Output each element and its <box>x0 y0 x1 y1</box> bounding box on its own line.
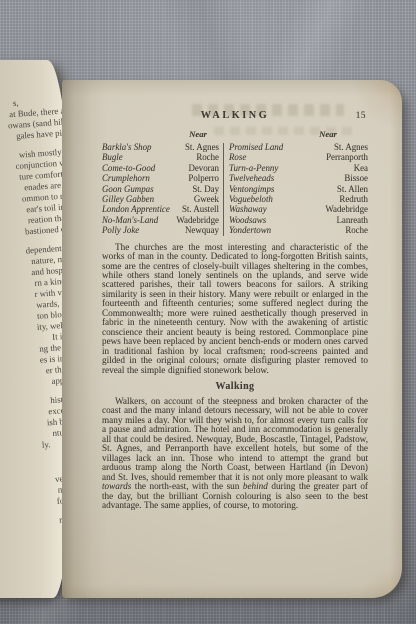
place-name: Bugle <box>102 152 123 162</box>
right-page: WALKING 15 Near Near Barkla's ShopSt. Ag… <box>62 80 402 598</box>
running-header: WALKING <box>102 110 368 121</box>
page-header-row: WALKING 15 <box>102 110 368 123</box>
place-name: No-Man's-Land <box>102 215 158 225</box>
gazetteer-entry: TwelveheadsBissoe <box>229 173 368 183</box>
gazetteer-entry: Gilley GabbenGweek <box>102 194 219 204</box>
gazetteer-entry: WoodsawsLanreath <box>229 215 368 225</box>
near-town: Wadebridge <box>325 204 368 214</box>
right-page-content: WALKING 15 Near Near Barkla's ShopSt. Ag… <box>102 80 368 510</box>
page-number: 15 <box>356 111 366 121</box>
place-name: Come-to-Good <box>102 163 155 173</box>
near-town: Roche <box>345 225 368 235</box>
gazetteer-entry: Come-to-GoodDevoran <box>102 163 219 173</box>
near-town: Redruth <box>339 194 368 204</box>
gazetteer-entry: Promised LandSt. Agnes <box>229 142 368 152</box>
place-name: Gilley Gabben <box>102 194 154 204</box>
section-heading-walking: Walking <box>102 381 368 392</box>
gazetteer-entry: Turn-a-PennyKea <box>229 163 368 173</box>
column-divider-rule <box>223 143 224 236</box>
near-town: Newquay <box>185 225 219 235</box>
gazetteer-table: Barkla's ShopSt. AgnesBugleRocheCome-to-… <box>102 142 368 236</box>
place-name: Woodsaws <box>229 215 266 225</box>
gazetteer-entry: Barkla's ShopSt. Agnes <box>102 142 219 152</box>
gazetteer-entry: RosePerranporth <box>229 152 368 162</box>
place-name: Yondertown <box>229 225 271 235</box>
gazetteer-right-column: Promised LandSt. AgnesRosePerranporthTur… <box>229 142 368 236</box>
gazetteer-entry: VentongimpsSt. Allen <box>229 184 368 194</box>
near-town: Kea <box>354 163 368 173</box>
near-town: Wadebridge <box>176 215 219 225</box>
place-name: Promised Land <box>229 142 283 152</box>
place-name: London Apprentice <box>102 204 170 214</box>
near-town: St. Agnes <box>334 142 368 152</box>
near-town: St. Agnes <box>185 142 219 152</box>
paragraph-walking: Walkers, on account of the steepness and… <box>102 397 368 510</box>
near-town: Roche <box>196 152 219 162</box>
near-label-right: Near <box>298 129 358 139</box>
near-town: St. Austell <box>182 204 219 214</box>
near-town: St. Day <box>192 184 219 194</box>
near-town: Polperro <box>188 173 219 183</box>
place-name: Washaway <box>229 204 267 214</box>
place-name: Rose <box>229 152 246 162</box>
near-town: Perranporth <box>326 152 368 162</box>
photo-of-open-book: s,at Bude, there areowans (sand hills)ga… <box>0 0 416 624</box>
place-name: Twelveheads <box>229 173 274 183</box>
gazetteer-left-column: Barkla's ShopSt. AgnesBugleRocheCome-to-… <box>102 142 219 236</box>
near-town: St. Allen <box>337 184 368 194</box>
near-town: Gweek <box>194 194 219 204</box>
near-labels-row: Near Near <box>102 129 368 140</box>
near-label-left: Near <box>170 129 226 139</box>
place-name: Goon Gumpas <box>102 184 154 194</box>
gazetteer-entry: VoguebelothRedruth <box>229 194 368 204</box>
place-name: Turn-a-Penny <box>229 163 278 173</box>
near-town: Lanreath <box>336 215 368 225</box>
gazetteer-entry: London ApprenticeSt. Austell <box>102 204 219 214</box>
place-name: Ventongimps <box>229 184 274 194</box>
place-name: Crumplehorn <box>102 173 150 183</box>
gazetteer-entry: BugleRoche <box>102 152 219 162</box>
near-town: Devoran <box>188 163 219 173</box>
place-name: Voguebeloth <box>229 194 273 204</box>
place-name: Barkla's Shop <box>102 142 151 152</box>
paragraph-churches: The churches are the most interesting an… <box>102 243 368 375</box>
gazetteer-entry: WashawayWadebridge <box>229 204 368 214</box>
near-town: Bissoe <box>344 173 368 183</box>
gazetteer-entry: Polly JokeNewquay <box>102 225 219 235</box>
gazetteer-entry: CrumplehornPolperro <box>102 173 219 183</box>
gazetteer-entry: Goon GumpasSt. Day <box>102 184 219 194</box>
paragraph-segment: Walkers, on account of the steepness and… <box>102 396 368 482</box>
gazetteer-entry: YondertownRoche <box>229 225 368 235</box>
gazetteer-entry: No-Man's-LandWadebridge <box>102 215 219 225</box>
place-name: Polly Joke <box>102 225 139 235</box>
